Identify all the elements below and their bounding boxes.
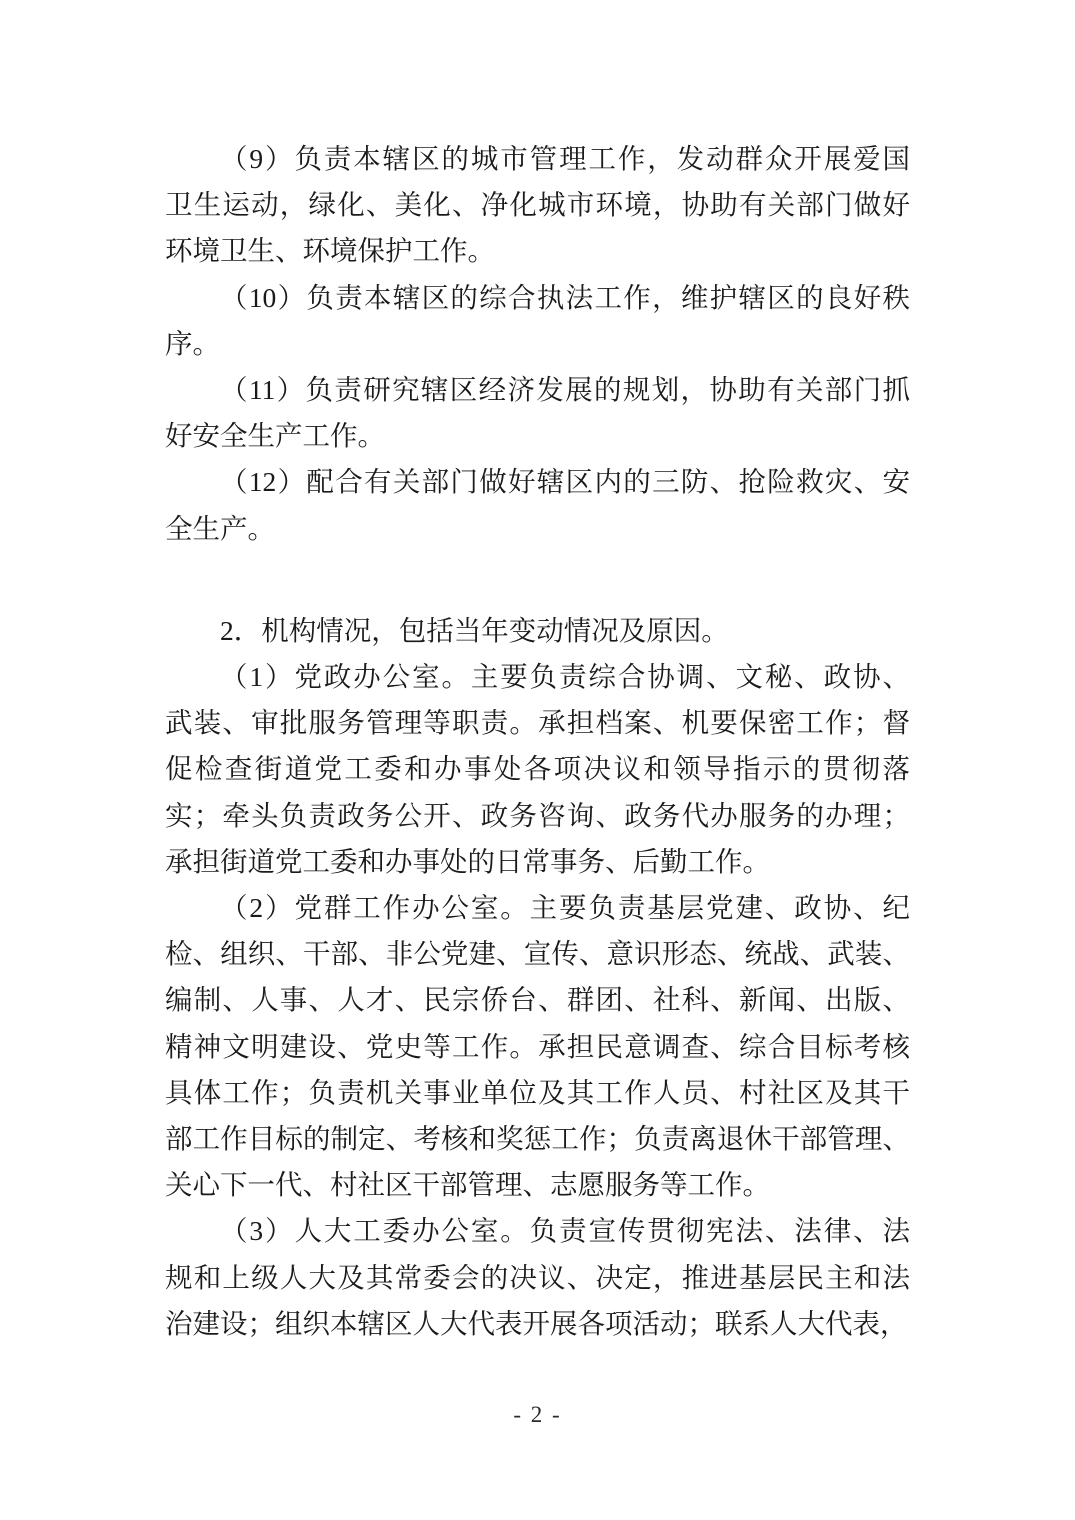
text-line: 精神文明建设、党史等工作。承担民意调查、综合目标考核 [165,1024,910,1070]
text-line: 承担街道党工委和办事处的日常事务、后勤工作。 [165,839,910,885]
text-line: 2．机构情况，包括当年变动情况及原因。 [165,608,910,654]
section-2-heading: 2．机构情况，包括当年变动情况及原因。 [165,608,910,654]
text-line: 卫生运动，绿化、美化、净化城市环境，协助有关部门做好 [165,182,910,228]
text-line: 武装、审批服务管理等职责。承担档案、机要保密工作；督 [165,700,910,746]
text-line: 环境卫生、环境保护工作。 [165,228,910,274]
text-line: （3）人大工委办公室。负责宣传贯彻宪法、法律、法 [165,1208,910,1254]
text-line: 好安全生产工作。 [165,413,910,459]
text-line: （12）配合有关部门做好辖区内的三防、抢险救灾、安 [165,459,910,505]
item-10: （10）负责本辖区的综合执法工作，维护辖区的良好秩序。 [165,275,910,367]
text-line: 关心下一代、村社区干部管理、志愿服务等工作。 [165,1162,910,1208]
text-line: 全生产。 [165,506,910,552]
text-line: （1）党政办公室。主要负责综合协调、文秘、政协、 [165,654,910,700]
text-line: 实；牵头负责政务公开、政务咨询、政务代办服务的办理； [165,793,910,839]
text-line: （11）负责研究辖区经济发展的规划，协助有关部门抓 [165,367,910,413]
text-line: （10）负责本辖区的综合执法工作，维护辖区的良好秩 [165,275,910,321]
item-11: （11）负责研究辖区经济发展的规划，协助有关部门抓好安全生产工作。 [165,367,910,459]
text-line: （2）党群工作办公室。主要负责基层党建、政协、纪 [165,885,910,931]
document-body: （9）负责本辖区的城市管理工作，发动群众开展爱国卫生运动，绿化、美化、净化城市环… [165,136,910,1347]
office-1-dangzheng: （1）党政办公室。主要负责综合协调、文秘、政协、武装、审批服务管理等职责。承担档… [165,654,910,885]
document-page: （9）负责本辖区的城市管理工作，发动群众开展爱国卫生运动，绿化、美化、净化城市环… [0,0,1075,1520]
item-9: （9）负责本辖区的城市管理工作，发动群众开展爱国卫生运动，绿化、美化、净化城市环… [165,136,910,275]
text-line: 促检查街道党工委和办事处各项决议和领导指示的贯彻落 [165,746,910,792]
office-2-dangqun: （2）党群工作办公室。主要负责基层党建、政协、纪检、组织、干部、非公党建、宣传、… [165,885,910,1208]
text-line: 检、组织、干部、非公党建、宣传、意识形态、统战、武装、 [165,931,910,977]
page-number: - 2 - [0,1402,1075,1428]
text-line: 序。 [165,321,910,367]
text-line: 编制、人事、人才、民宗侨台、群团、社科、新闻、出版、 [165,977,910,1023]
text-line: 治建设；组织本辖区人大代表开展各项活动；联系人大代表， [165,1301,910,1347]
text-line: （9）负责本辖区的城市管理工作，发动群众开展爱国 [165,136,910,182]
text-line: 具体工作；负责机关事业单位及其工作人员、村社区及其干 [165,1070,910,1116]
office-3-rendagongwei: （3）人大工委办公室。负责宣传贯彻宪法、法律、法规和上级人大及其常委会的决议、决… [165,1208,910,1347]
item-12: （12）配合有关部门做好辖区内的三防、抢险救灾、安全生产。 [165,459,910,551]
text-line: 规和上级人大及其常委会的决议、决定，推进基层民主和法 [165,1255,910,1301]
text-line: 部工作目标的制定、考核和奖惩工作；负责离退休干部管理、 [165,1116,910,1162]
